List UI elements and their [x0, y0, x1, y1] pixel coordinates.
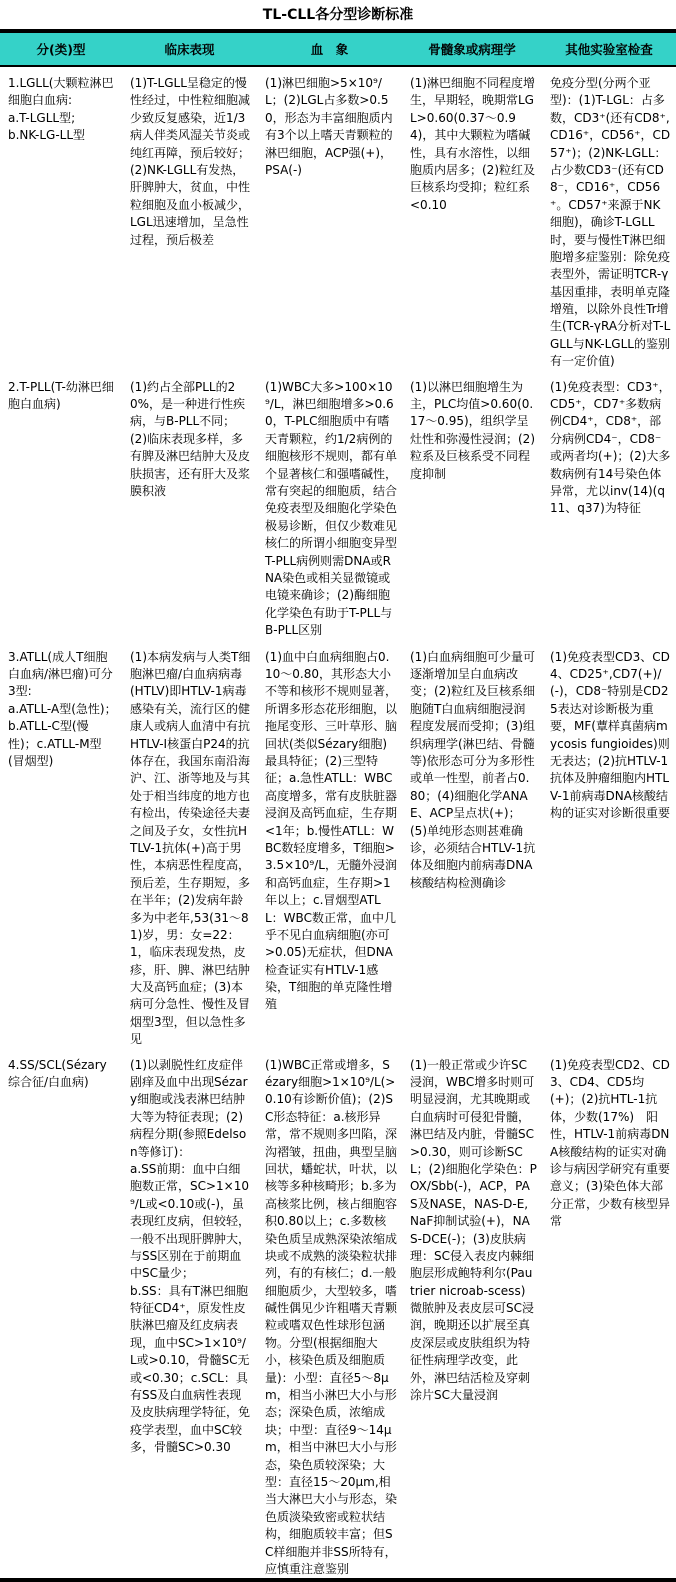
col-header-marrow: 骨髓象或病理学: [402, 31, 542, 66]
col-header-type: 分(类)型: [0, 31, 122, 66]
cell-clinical: (1)T-LGLL呈稳定的慢性经过，中性粒细胞减少致反复感染，近1/3病人伴类风…: [122, 66, 257, 371]
cell-type: 4.SS/SCL(Sézary综合征/白血病): [0, 1049, 122, 1581]
cell-marrow: (1)淋巴细胞不同程度增生，早期轻，晚期常LGL>0.60(0.37～0.94)…: [402, 66, 542, 371]
cell-lab: (1)免疫表型CD2、CD3、CD4、CD5均(+)；(2)抗HTL-1抗体，少…: [542, 1049, 676, 1581]
col-header-clinical: 临床表现: [122, 31, 257, 66]
table-row-ss-scl: 4.SS/SCL(Sézary综合征/白血病) (1)以剥脱性红皮症伴剧痒及血中…: [0, 1049, 676, 1581]
page-title: TL-CLL各分型诊断标准: [0, 0, 676, 29]
col-header-blood: 血 象: [257, 31, 402, 66]
cell-clinical: (1)以剥脱性红皮症伴剧痒及血中出现Sézary细胞或浅表淋巴结肿大等为特征表现…: [122, 1049, 257, 1581]
cell-marrow: (1)以淋巴细胞增生为主，PLC均值>0.60(0.17～0.95)，组织学呈灶…: [402, 371, 542, 641]
cell-blood: (1)淋巴细胞>5×10⁹/L；(2)LGL占多数>0.50，形态为丰富细胞质内…: [257, 66, 402, 371]
cell-type: 3.ATLL(成人T细胞白血病/淋巴瘤)可分3型: a.ATLL-A型(急性)；…: [0, 641, 122, 1049]
document-page: TL-CLL各分型诊断标准 分(类)型 临床表现 血 象 骨髓象或病理学 其他实…: [0, 0, 676, 1582]
cell-blood: (1)WBC正常或增多，Sézary细胞>1×10⁹/L(>0.10有诊断价值)…: [257, 1049, 402, 1581]
cell-clinical: (1)本病发病与人类T细胞淋巴瘤/白血病病毒(HTLV)即HTLV-1病毒感染有…: [122, 641, 257, 1049]
table-row-lgll: 1.LGLL(大颗粒淋巴细胞白血病: a.T-LGLL型; b.NK-LG-LL…: [0, 66, 676, 371]
table-header-row: 分(类)型 临床表现 血 象 骨髓象或病理学 其他实验室检查: [0, 31, 676, 66]
cell-marrow: (1)一般正常或少许SC浸润，WBC增多时则可明显浸润，尤其晚期或白血病时可侵犯…: [402, 1049, 542, 1581]
cell-lab: 免疫分型(分两个亚型)：(1)T-LGL：占多数，CD3⁺(还有CD8⁺,CD1…: [542, 66, 676, 371]
cell-blood: (1)WBC大多>100×10⁹/L，淋巴细胞增多>0.60，T-PLC细胞质中…: [257, 371, 402, 641]
diagnosis-criteria-table: 分(类)型 临床表现 血 象 骨髓象或病理学 其他实验室检查 1.LGLL(大颗…: [0, 29, 676, 1582]
cell-clinical: (1)约占全部PLL的20%，是一种进行性疾病，与B-PLL不同；(2)临床表现…: [122, 371, 257, 641]
cell-lab: (1)免疫表型：CD3⁺，CD5⁺，CD7⁺多数病例CD4⁺，CD8⁺，部分病例…: [542, 371, 676, 641]
cell-marrow: (1)白血病细胞可少量可逐渐增加呈白血病改变；(2)粒红及巨核系细胞随T白血病细…: [402, 641, 542, 1049]
cell-lab: (1)免疫表型CD3、CD4、CD25⁺,CD7(+)/(-)，CD8⁻特别是C…: [542, 641, 676, 1049]
cell-type: 2.T-PLL(T-幼淋巴细胞白血病): [0, 371, 122, 641]
table-row-atll: 3.ATLL(成人T细胞白血病/淋巴瘤)可分3型: a.ATLL-A型(急性)；…: [0, 641, 676, 1049]
cell-type: 1.LGLL(大颗粒淋巴细胞白血病: a.T-LGLL型; b.NK-LG-LL…: [0, 66, 122, 371]
col-header-lab: 其他实验室检查: [542, 31, 676, 66]
table-row-tpll: 2.T-PLL(T-幼淋巴细胞白血病) (1)约占全部PLL的20%，是一种进行…: [0, 371, 676, 641]
cell-blood: (1)血中白血病细胞占0.10～0.80，其形态大小不等和核形不规则显著，所谓多…: [257, 641, 402, 1049]
